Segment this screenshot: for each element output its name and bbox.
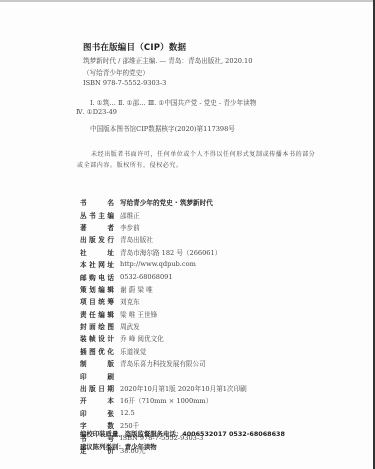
info-row: 印刷 [80, 369, 247, 381]
info-row: 邮购电话0532-68068091 [80, 270, 247, 282]
info-row: 出版日期2020年10月第1版 2020年10月第1次印刷 [80, 382, 247, 394]
info-label: 邮购电话 [80, 272, 120, 282]
info-row: 装帧设计乔 峰 阅优文化 [80, 332, 247, 344]
info-value: 周武发 [120, 321, 140, 331]
info-label: 责任编辑 [80, 309, 120, 319]
info-value: 青岛乐喜力科技发展有限公司 [120, 358, 206, 368]
info-value: 青岛出版社 [120, 234, 153, 244]
quality-hotline: 编校印装质量、盗版监督服务电话：4006532017 0532-68068638 [80, 428, 285, 441]
info-value: 谢 蔚 梁 唯 [120, 284, 153, 294]
info-row: 开本16开（710mm × 1000mm） [80, 394, 247, 406]
info-row: 印张12.5 [80, 407, 247, 419]
cip-line-record-number: 中国版本图书馆CIP数据核字(2020)第117398号 [90, 123, 235, 133]
info-row: 丛书主编邵维正 [80, 208, 247, 220]
info-label: 装帧设计 [80, 333, 120, 343]
info-label: 策划编辑 [80, 284, 120, 294]
cip-line-title: 筑梦新时代 / 邵维正主编. — 青岛：青岛出版社, 2020.10 [83, 55, 252, 65]
info-label: 制版 [80, 358, 120, 368]
info-label: 出版发行 [80, 234, 120, 244]
info-value: 李步前 [120, 222, 140, 232]
info-row: 插图优化乐道视觉 [80, 345, 247, 357]
copyright-notice: 未经出版者书面许可，任何单位或个人不得以任何形式复制或传播本书的部分或全部内容。… [77, 149, 317, 171]
cip-title: 图书在版编目（CIP）数据 [83, 41, 186, 53]
info-value: 16开（710mm × 1000mm） [120, 395, 212, 405]
info-label: 社址 [80, 247, 120, 257]
info-value: 梁 唯 王世锋 [120, 309, 157, 319]
info-row: 项目统筹刘克东 [80, 295, 247, 307]
info-value: http://www.qdpub.com [120, 260, 196, 268]
info-label: 印张 [80, 408, 120, 418]
info-row: 策划编辑谢 蔚 梁 唯 [80, 283, 247, 295]
info-label: 插图优化 [80, 346, 120, 356]
info-label: 封面绘图 [80, 321, 120, 331]
info-row: 制版青岛乐喜力科技发展有限公司 [80, 357, 247, 369]
cip-line-classification-4: Ⅳ. ①D23-49 [76, 108, 117, 116]
info-label: 书名 [80, 197, 120, 207]
info-value: 青岛市海尔路 182 号（266061） [120, 247, 221, 257]
info-label: 出版日期 [80, 383, 120, 393]
info-value: 乔 峰 阅优文化 [120, 333, 164, 343]
info-row: 责任编辑梁 唯 王世锋 [80, 308, 247, 320]
info-row: 出版发行青岛出版社 [80, 233, 247, 245]
info-row: 书名写给青少年的党史 · 筑梦新时代 [80, 196, 247, 208]
footer: 编校印装质量、盗版监督服务电话：4006532017 0532-68068638… [80, 428, 285, 454]
cip-line-series: （写给青少年的党史） [83, 67, 149, 77]
info-value: 邵维正 [120, 210, 140, 220]
info-label: 印刷 [80, 371, 120, 381]
info-value: 刘克东 [120, 296, 140, 306]
display-category: 建议陈列类别：青少年读物 [80, 441, 285, 454]
info-row: 社址青岛市海尔路 182 号（266061） [80, 246, 247, 258]
info-label: 著者 [80, 222, 120, 232]
info-value: 12.5 [120, 409, 135, 417]
info-label: 丛书主编 [80, 210, 120, 220]
info-row: 著者李步前 [80, 221, 247, 233]
cip-line-classification: Ⅰ. ①筑… Ⅱ. ①邵… Ⅲ. ①中国共产党 - 党史 - 青少年读物 [90, 97, 256, 107]
publication-info: 书名写给青少年的党史 · 筑梦新时代丛书主编邵维正著者李步前出版发行青岛出版社社… [80, 196, 247, 456]
info-label: 开本 [80, 395, 120, 405]
top-border [0, 0, 375, 2]
info-label: 本社网址 [80, 259, 120, 269]
info-value: 0532-68068091 [120, 273, 173, 281]
info-value: 写给青少年的党史 · 筑梦新时代 [120, 197, 213, 207]
info-value: 乐道视觉 [120, 346, 146, 356]
cip-line-isbn: ISBN 978-7-5552-9303-3 [83, 79, 166, 87]
info-label: 项目统筹 [80, 296, 120, 306]
info-row: 本社网址http://www.qdpub.com [80, 258, 247, 270]
info-value: 2020年10月第1版 2020年10月第1次印刷 [120, 383, 247, 393]
info-row: 封面绘图周武发 [80, 320, 247, 332]
